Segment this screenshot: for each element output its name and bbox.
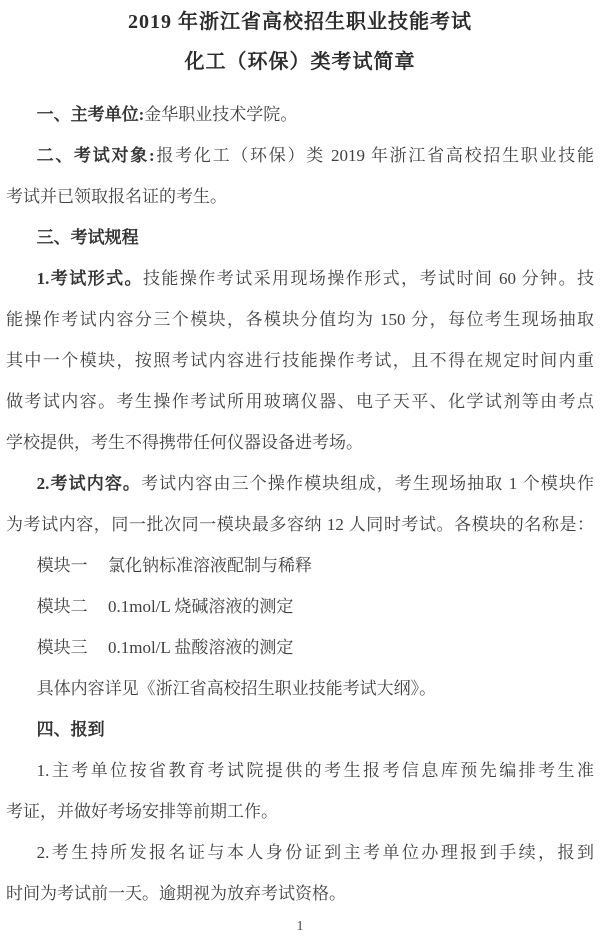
exam-format-text-4: 做考试内容。考生操作考试所用玻璃仪器、电子天平、化学试剂等由考点 — [6, 392, 594, 411]
module-item-2: 模块二0.1mol/L 烧碱溶液的测定 — [6, 586, 594, 627]
module-2-label: 模块二 — [37, 597, 88, 616]
exam-content-label: 2.考试内容。 — [37, 474, 141, 493]
checkin-item-1-text-2: 考证，并做好考场安排等前期工作。 — [6, 802, 278, 821]
module-1-label: 模块一 — [37, 556, 88, 575]
exam-format-line-3: 其中一个模块，按照考试内容进行技能操作考试，且不得在规定时间内重 — [6, 340, 594, 381]
exam-format-text-2: 能操作考试内容分三个模块，各模块分值均为 150 分，每位考生现场抽取 — [6, 310, 594, 329]
exam-format-line-5: 学校提供，考生不得携带任何仪器设备进考场。 — [6, 422, 594, 463]
checkin-item-2-text-1: 2.考生持所发报名证与本人身份证到主考单位办理报到手续，报到 — [37, 843, 594, 862]
page-number: 1 — [6, 917, 594, 937]
syllabus-reference-text: 具体内容详见《浙江省高校招生职业技能考试大纲》。 — [37, 679, 437, 698]
module-item-3: 模块三0.1mol/L 盐酸溶液的测定 — [6, 627, 594, 668]
exam-format-text-1: 技能操作考试采用现场操作形式，考试时间 60 分钟。技 — [143, 269, 594, 288]
section-4-heading: 四、报到 — [6, 709, 594, 750]
section-2-exam-target-line-1: 二、考试对象:报考化工（环保）类 2019 年浙江省高校招生职业技能 — [6, 135, 594, 176]
syllabus-reference-line: 具体内容详见《浙江省高校招生职业技能考试大纲》。 — [6, 668, 594, 709]
section-2-label: 二、考试对象: — [37, 146, 155, 165]
exam-format-line-2: 能操作考试内容分三个模块，各模块分值均为 150 分，每位考生现场抽取 — [6, 299, 594, 340]
module-1-text: 氯化钠标准溶液配制与稀释 — [108, 556, 312, 575]
exam-content-text-2: 为考试内容，同一批次同一模块最多容纳 12 人同时考试。各模块的名称是： — [6, 515, 594, 534]
section-1-label: 一、主考单位: — [37, 105, 145, 124]
document-title-line2: 化工（环保）类考试简章 — [6, 42, 594, 82]
document-title-line1: 2019 年浙江省高校招生职业技能考试 — [6, 2, 594, 42]
exam-format-line-4: 做考试内容。考生操作考试所用玻璃仪器、电子天平、化学试剂等由考点 — [6, 381, 594, 422]
module-2-text: 0.1mol/L 烧碱溶液的测定 — [108, 597, 293, 616]
section-3-heading: 三、考试规程 — [6, 217, 594, 258]
checkin-item-2-line-1: 2.考生持所发报名证与本人身份证到主考单位办理报到手续，报到 — [6, 832, 594, 873]
exam-format-line-1: 1.考试形式。技能操作考试采用现场操作形式，考试时间 60 分钟。技 — [6, 258, 594, 299]
exam-content-line-1: 2.考试内容。考试内容由三个操作模块组成，考生现场抽取 1 个模块作 — [6, 463, 594, 504]
document-page: 2019 年浙江省高校招生职业技能考试 化工（环保）类考试简章 一、主考单位:金… — [0, 0, 600, 946]
section-1-text: 金华职业技术学院。 — [144, 105, 297, 124]
checkin-item-2-line-2: 时间为考试前一天。逾期视为放弃考试资格。 — [6, 873, 594, 914]
checkin-item-1-text-1: 1.主考单位按省教育考试院提供的考生报考信息库预先编排考生准 — [37, 761, 594, 780]
document-body: 一、主考单位:金华职业技术学院。 二、考试对象:报考化工（环保）类 2019 年… — [6, 94, 594, 914]
section-2-text-2: 考试并已领取报名证的考生。 — [6, 187, 227, 206]
exam-content-line-2: 为考试内容，同一批次同一模块最多容纳 12 人同时考试。各模块的名称是： — [6, 504, 594, 545]
section-1-organizer-line: 一、主考单位:金华职业技术学院。 — [6, 94, 594, 135]
module-3-text: 0.1mol/L 盐酸溶液的测定 — [108, 638, 293, 657]
section-2-text-1: 报考化工（环保）类 2019 年浙江省高校招生职业技能 — [155, 146, 594, 165]
exam-content-text-1: 考试内容由三个操作模块组成，考生现场抽取 1 个模块作 — [141, 474, 594, 493]
module-3-label: 模块三 — [37, 638, 88, 657]
section-4-heading-text: 四、报到 — [37, 720, 105, 739]
module-item-1: 模块一氯化钠标准溶液配制与稀释 — [6, 545, 594, 586]
section-3-heading-text: 三、考试规程 — [37, 228, 139, 247]
exam-format-text-5: 学校提供，考生不得携带任何仪器设备进考场。 — [6, 433, 363, 452]
checkin-item-1-line-1: 1.主考单位按省教育考试院提供的考生报考信息库预先编排考生准 — [6, 750, 594, 791]
checkin-item-1-line-2: 考证，并做好考场安排等前期工作。 — [6, 791, 594, 832]
checkin-item-2-text-2: 时间为考试前一天。逾期视为放弃考试资格。 — [6, 884, 346, 903]
exam-format-text-3: 其中一个模块，按照考试内容进行技能操作考试，且不得在规定时间内重 — [6, 351, 594, 370]
exam-format-label: 1.考试形式。 — [37, 269, 143, 288]
section-2-exam-target-line-2: 考试并已领取报名证的考生。 — [6, 176, 594, 217]
